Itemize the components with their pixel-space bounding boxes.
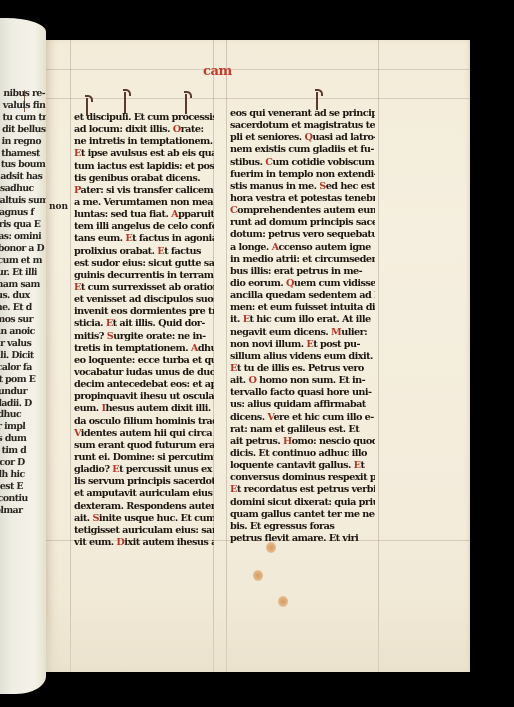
text-line: tans eum. Et factus in agonia (74, 233, 214, 245)
rubricated-initial: A (272, 242, 279, 253)
text-line: men: et eum fuisset intuita dix- (230, 302, 375, 314)
text-line: negavit eum dicens. Mulier: (230, 327, 375, 339)
text-line: tus boum (1, 159, 43, 171)
text-line: runt ei. Domine: si percutimus in (74, 452, 214, 464)
text-line: dicens. Vere et hic cum illo e- (230, 412, 375, 424)
rubricated-initial: E (112, 464, 119, 475)
text-line: in medio atrii: et circumsedenti- (230, 254, 375, 266)
text-line: nam sam (0, 279, 39, 291)
text-column-right: eos qui venerant ad se principessacerdot… (230, 108, 375, 552)
text-line: et amputavit auriculam eius (74, 488, 214, 500)
rubricated-initial: E (125, 233, 132, 244)
text-line: domini sicut dixerat: quia prius (230, 497, 375, 509)
text-line: est sudor eius: sicut gutte san- (74, 258, 214, 270)
text-line: tem illi angelus de celo confor- (74, 221, 214, 233)
text-line: ait. Sinite usque huc. Et cum (74, 513, 214, 525)
text-line: et pom E (0, 374, 36, 386)
text-line: dio eorum. Quem cum vidisset (230, 278, 375, 290)
text-line: cum et m (0, 255, 40, 267)
text-line: is est E (0, 481, 32, 493)
text-line: adhuc (0, 409, 34, 421)
text-line: ic tim d (0, 445, 33, 457)
text-line: et discipuli. Et cum processisset (74, 112, 214, 124)
text-line: dotum: petrus vero sequebatur (230, 229, 375, 241)
text-line: icalor fa (0, 362, 36, 374)
rubricated-initial: S (319, 181, 325, 192)
rubricated-initial: S (107, 331, 113, 342)
text-line: gladio? Et percussit unus ex il- (74, 464, 214, 476)
text-line: bus illis: erat petrus in me- (230, 266, 375, 278)
text-line: agnus f (0, 207, 41, 219)
text-line: dit bellus (2, 124, 44, 136)
text-line: nibus re- gi (3, 88, 45, 100)
text-line: conversus dominus respexit petrum. (230, 472, 375, 484)
rubricated-initial: Q (304, 132, 312, 143)
rubricated-initial: I (101, 403, 105, 414)
text-line: Et ipse avulsus est ab eis quan- (74, 148, 214, 160)
ruling-line-top (46, 69, 470, 70)
text-line: ii contiu (0, 493, 31, 505)
rubricated-initial: O (248, 375, 256, 386)
ink-stain (266, 542, 276, 553)
text-line: tu cum tra (2, 112, 44, 124)
text-line: adh hic (0, 469, 32, 481)
text-line: sadhuc (0, 183, 42, 195)
text-line: pli et seniores. Quasi ad latro- (230, 132, 375, 144)
text-line: in regno (1, 136, 43, 148)
ruling-line-left-outer (70, 40, 71, 672)
text-line: ne intretis in temptationem. (74, 136, 214, 148)
rubricated-initial: Q (286, 278, 294, 289)
text-line: luntas: sed tua fiat. Apparuit au- (74, 209, 214, 221)
rubricated-initial: D (116, 537, 124, 548)
text-line: tretis in temptationem. Adhuc (74, 343, 214, 355)
text-line: sillum alius videns eum dixit. (230, 351, 375, 363)
text-line: bis. Et egressus foras (230, 521, 375, 533)
text-line: rat: nam et galileus est. Et (230, 424, 375, 436)
text-line: tum iactus est lapidis: et posi- (74, 161, 214, 173)
rubricated-initial: E (306, 339, 313, 350)
text-line: ris qua E (0, 219, 41, 231)
rubricated-initial: E (157, 246, 164, 257)
rubricated-initial: E (106, 318, 113, 329)
text-line: guinis decurrentis in terram. (74, 270, 214, 282)
text-line: petrus flevit amare. Et viri (230, 533, 375, 545)
text-column-left: et discipuli. Et cum processissetad locu… (74, 112, 214, 552)
rubricated-initial: C (265, 157, 272, 168)
rubricated-initial: E (230, 484, 237, 495)
text-line: vocabatur iudas unus de duo- (74, 367, 214, 379)
text-line: mos sur (0, 314, 38, 326)
rubricated-initial: P (74, 185, 80, 196)
text-line: a me. Verumtamen non mea vo- (74, 197, 214, 209)
ascender-stroke (124, 92, 126, 114)
text-line: sum erant quod futurum erat: dixe- (74, 440, 214, 452)
rubricated-initial: S (92, 513, 98, 524)
ruling-line-right-outer (378, 40, 379, 672)
rubricated-initial: E (354, 460, 361, 471)
text-line: us dum (0, 433, 33, 445)
rubricated-initial: E (74, 282, 81, 293)
text-line: gladii. D (0, 398, 35, 410)
rubricated-initial: E (243, 314, 250, 325)
rubricated-initial: M (331, 327, 341, 338)
previous-page-edge: nibus re- givaluis fintu cum tradit bell… (0, 18, 46, 694)
text-line: bonor a D (0, 243, 40, 255)
text-line: valuis fin (3, 100, 45, 112)
text-line: decim antecedebat eos: et ap- (74, 379, 214, 391)
text-line: mitis? Surgite orate: ne in- (74, 331, 214, 343)
text-line: eum. Ihesus autem dixit illi. Iu- (74, 403, 214, 415)
text-line: tetigisset auriculam eius: sana- (74, 525, 214, 537)
manuscript-page: cam non et discipuli. Et cum processisse… (46, 40, 470, 672)
text-line: ait petrus. Homo: nescio quod (230, 436, 375, 448)
text-line: ne. Et d (0, 302, 38, 314)
rubricated-initial: A (171, 209, 178, 220)
text-line: dicor D (0, 457, 33, 469)
text-line: sticia. Et ait illis. Quid dor- (74, 318, 214, 330)
text-line: eos qui venerant ad se principes (230, 108, 375, 120)
ink-stain (278, 596, 288, 607)
text-line: Et cum surrexisset ab oratione (74, 282, 214, 294)
text-line: fuerim in templo non extendi- (230, 169, 375, 181)
text-line: prolixius orabat. Et factus (74, 246, 214, 258)
text-line: it. Et hic cum illo erat. At ille (230, 314, 375, 326)
text-line: stibus. Cum cotidie vobiscum (230, 157, 375, 169)
text-line: et venisset ad discipulos suos: (74, 294, 214, 306)
text-line: illi. Dicit (0, 350, 36, 362)
text-line: ait. O homo non sum. Et in- (230, 375, 375, 387)
text-line: bolmar (0, 505, 31, 517)
rubricated-initial: H (283, 436, 292, 447)
text-line: Pater: si vis transfer calicem isti (74, 185, 214, 197)
text-line: stis manus in me. Sed hec est (230, 181, 375, 193)
text-line: ad locum: dixit illis. Orate: (74, 124, 214, 136)
text-line: as: omini (0, 231, 40, 243)
text-line: runt ad domum principis sacer- (230, 217, 375, 229)
ink-stain (253, 570, 263, 581)
text-line: lis servum principis sacerdotum: (74, 476, 214, 488)
text-line: tervallo facto quasi hore uni- (230, 387, 375, 399)
text-line: sacerdotum et magistratus tem- (230, 120, 375, 132)
text-line: propinquavit ihesu ut oscularetur (74, 391, 214, 403)
ruling-line-top-2 (46, 98, 470, 99)
ascender-stroke (185, 94, 187, 114)
text-line: us: alius quidam affirmabat (230, 399, 375, 411)
ruling-line-right-inner (226, 40, 227, 672)
text-line: altuis sum (0, 195, 42, 207)
text-line: loquente cantavit gallus. Et (230, 460, 375, 472)
margin-note: non (49, 202, 68, 212)
rubricated-initial: C (230, 205, 237, 216)
text-line: dicis. Et continuo adhuc illo (230, 448, 375, 460)
text-line: da osculo filium hominis tradis? (74, 416, 214, 428)
text-line: dexteram. Respondens autem ihesus (74, 501, 214, 513)
text-line: nem existis cum gladiis et fu- (230, 144, 375, 156)
text-line: Videntes autem hii qui circa ip- (74, 428, 214, 440)
text-line: Et recordatus est petrus verbi (230, 484, 375, 496)
text-line: quam gallus cantet ter me nega- (230, 509, 375, 521)
rubricated-initial: E (230, 363, 237, 374)
text-line: cundur (0, 386, 35, 398)
text-line: hora vestra et potestas tenebrarum. (230, 193, 375, 205)
rubricated-initial: A (191, 343, 198, 354)
rubricated-initial: O (173, 124, 181, 135)
running-head: cam (203, 64, 232, 79)
text-line: ar valus (0, 338, 37, 350)
text-line: vit eum. Dixit autem ihesus ad (74, 537, 214, 549)
text-line: Et tu de illis es. Petrus vero (230, 363, 375, 375)
rubricated-initial: V (267, 412, 273, 423)
text-line: invenit eos dormientes pre tri- (74, 306, 214, 318)
text-line: a longe. Accenso autem igne (230, 242, 375, 254)
rubricated-initial: V (74, 428, 81, 439)
text-line: non novi illum. Et post pu- (230, 339, 375, 351)
text-line: tis genibus orabat dicens. (74, 173, 214, 185)
text-line: an anoic (0, 326, 37, 338)
text-line: adsit has (0, 171, 42, 183)
text-line: us. dux (0, 290, 38, 302)
text-line: Comprehendentes autem eum: duxe- (230, 205, 375, 217)
text-line: ancilla quedam sedentem ad lu- (230, 290, 375, 302)
rubricated-initial: E (74, 148, 81, 159)
previous-page-text: nibus re- givaluis fintu cum tradit bell… (0, 88, 45, 517)
text-line: ur. Et illi (0, 267, 39, 279)
text-line: thamest (1, 148, 43, 160)
text-line: er impl (0, 421, 34, 433)
text-line: eo loquente: ecce turba et qui (74, 355, 214, 367)
